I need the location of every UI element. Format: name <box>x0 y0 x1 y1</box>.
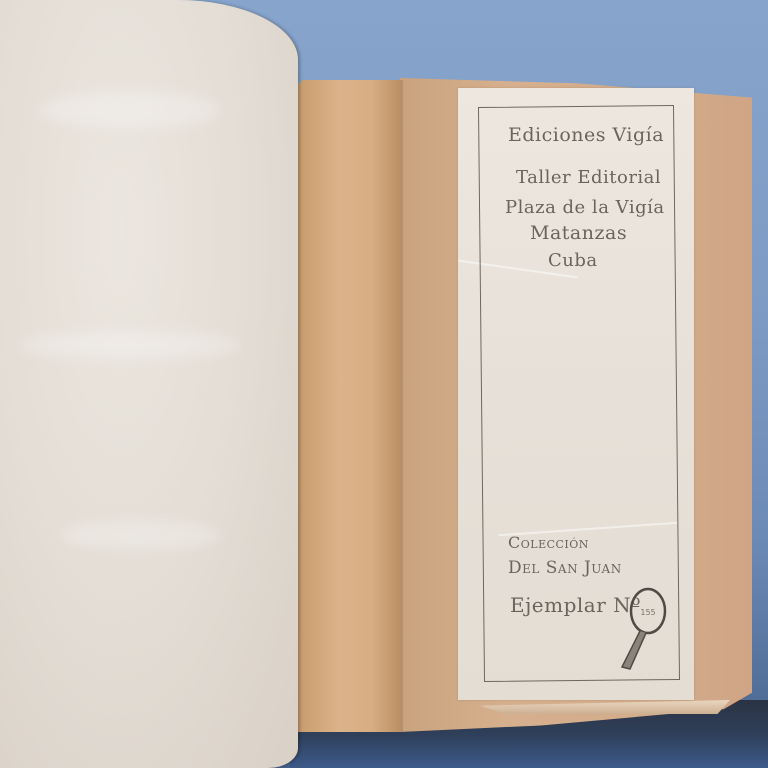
paper-wrinkle <box>20 330 240 360</box>
magnifying-glass-icon: 155 <box>614 583 706 675</box>
cover-fold-line <box>400 80 403 732</box>
publisher-line: Matanzas <box>530 222 627 244</box>
collection-line: Del San Juan <box>508 558 622 578</box>
publisher-line: Taller Editorial <box>516 167 661 188</box>
collection-line: Colección <box>508 533 589 552</box>
publisher-line: Plaza de la Vigía <box>505 197 665 218</box>
paper-wrinkle <box>40 90 220 130</box>
publisher-line: Ediciones Vigía <box>508 124 664 146</box>
publisher-line: Cuba <box>548 250 598 271</box>
blank-left-page <box>0 0 298 768</box>
copy-number: 155 <box>640 608 655 617</box>
paper-wrinkle <box>60 520 220 550</box>
book-spine-inner-cover <box>298 80 402 732</box>
